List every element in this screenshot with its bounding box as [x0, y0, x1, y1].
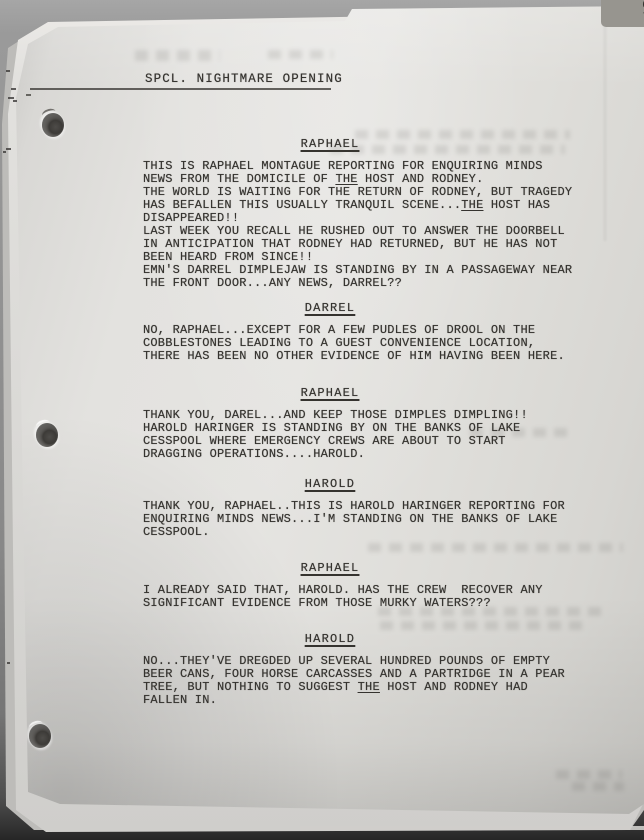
corner-tab: G 7: [601, 0, 644, 27]
edge-mark: [7, 662, 10, 664]
edge-mark: [13, 100, 17, 102]
speech-block: HAROLDNO...THEY'VE DREGDED UP SEVERAL HU…: [143, 632, 603, 707]
speech-block: RAPHAELTHANK YOU, DAREL...AND KEEP THOSE…: [143, 386, 603, 461]
script-line: THERE HAS BEEN NO OTHER EVIDENCE OF HIM …: [143, 350, 603, 363]
speech-block: HAROLDTHANK YOU, RAPHAEL..THIS IS HAROLD…: [143, 477, 603, 539]
speaker-heading: HAROLD: [143, 477, 517, 491]
title-underline: [30, 88, 331, 90]
stray-mark: [26, 94, 31, 96]
punch-hole-middle: [36, 423, 58, 447]
bleed-through-smudge: [380, 621, 585, 630]
bleed-through-smudge: [135, 50, 220, 61]
speech-block: DARRELNO, RAPHAEL...EXCEPT FOR A FEW PUD…: [143, 301, 603, 363]
edge-mark: [6, 70, 10, 72]
speaker-heading: RAPHAEL: [143, 137, 517, 151]
speaker-heading: HAROLD: [143, 632, 517, 646]
dialogue: NO...THEY'VE DREGDED UP SEVERAL HUNDRED …: [143, 655, 603, 707]
bleed-through-smudge: [572, 782, 624, 791]
speaker-heading: DARREL: [143, 301, 517, 315]
dialogue: THANK YOU, RAPHAEL..THIS IS HAROLD HARIN…: [143, 500, 603, 539]
script-page: SPCL. NIGHTMARE OPENING RAPHAELTHIS IS R…: [12, 6, 644, 824]
punch-hole-top: [42, 113, 64, 137]
paper-crease: [604, 6, 606, 241]
photo-backdrop: { "document": { "title": "SPCL. NIGHTMAR…: [0, 0, 644, 840]
dialogue: I ALREADY SAID THAT, HAROLD. HAS THE CRE…: [143, 584, 603, 610]
punch-hole-bottom: [29, 724, 51, 748]
page-title: SPCL. NIGHTMARE OPENING: [145, 72, 343, 86]
script-line: THE FRONT DOOR...ANY NEWS, DARREL??: [143, 277, 603, 290]
speaker-heading: RAPHAEL: [143, 386, 517, 400]
speech-block: RAPHAELTHIS IS RAPHAEL MONTAGUE REPORTIN…: [143, 137, 603, 290]
dialogue: NO, RAPHAEL...EXCEPT FOR A FEW PUDLES OF…: [143, 324, 603, 363]
script-line: FALLEN IN.: [143, 694, 603, 707]
script-line: SIGNIFICANT EVIDENCE FROM THOSE MURKY WA…: [143, 597, 603, 610]
bleed-through-smudge: [268, 50, 333, 59]
bleed-through-smudge: [556, 770, 622, 779]
edge-mark: [11, 88, 16, 90]
bottom-sheet-edge: [300, 826, 644, 830]
script-line: CESSPOOL.: [143, 526, 603, 539]
dialogue: THIS IS RAPHAEL MONTAGUE REPORTING FOR E…: [143, 160, 603, 290]
bleed-through-smudge: [368, 543, 623, 552]
script-line: ENQUIRING MINDS NEWS...I'M STANDING ON T…: [143, 513, 603, 526]
edge-mark: [3, 151, 6, 153]
edge-mark: [8, 97, 14, 99]
script-line: DRAGGING OPERATIONS....HAROLD.: [143, 448, 603, 461]
edge-mark: [6, 148, 11, 150]
dialogue: THANK YOU, DAREL...AND KEEP THOSE DIMPLE…: [143, 409, 603, 461]
speech-block: RAPHAELI ALREADY SAID THAT, HAROLD. HAS …: [143, 561, 603, 610]
speaker-heading: RAPHAEL: [143, 561, 517, 575]
